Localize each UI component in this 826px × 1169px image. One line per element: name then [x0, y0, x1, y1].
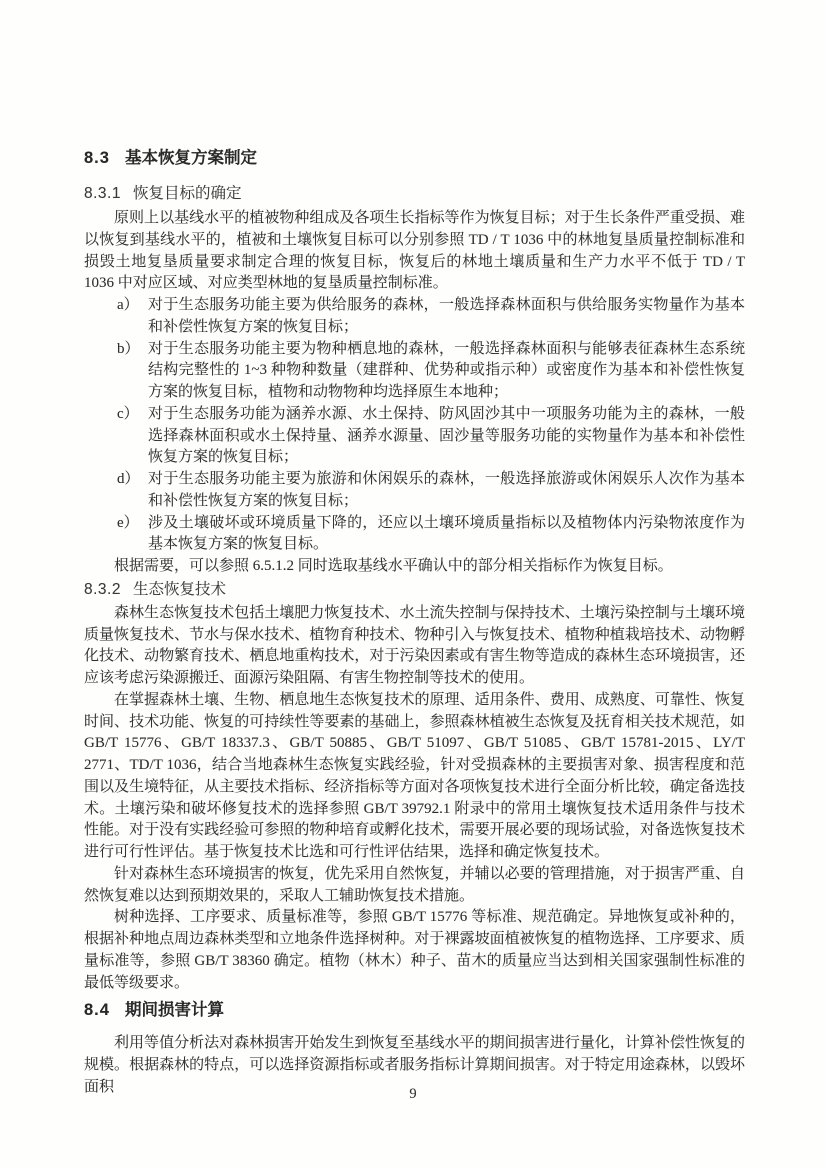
page-content: 8.3基本恢复方案制定 8.3.1恢复目标的确定 原则上以基线水平的植被物种组成…: [84, 148, 745, 1099]
subsection-number: 8.3.1: [84, 184, 121, 204]
section-number: 8.4: [84, 1000, 110, 1020]
list-marker: a）: [117, 295, 139, 317]
list-marker: c）: [117, 404, 139, 426]
paragraph-tree-species-selection: 树种选择、工序要求、质量标准等，参照 GB/T 15776 等标准、规范确定。异…: [84, 907, 745, 994]
list-marker: e）: [117, 513, 139, 535]
document-page: 8.3基本恢复方案制定 8.3.1恢复目标的确定 原则上以基线水平的植被物种组成…: [0, 0, 826, 1169]
lettered-list: a）对于生态服务功能主要为供给服务的森林，一般选择森林面积与供给服务实物量作为基…: [84, 295, 745, 556]
subsection-heading-8-3-2: 8.3.2生态恢复技术: [84, 580, 745, 600]
subsection-number: 8.3.2: [84, 580, 121, 600]
paragraph-baseline-note: 根据需要，可以参照 6.5.1.2 同时选取基线水平确认中的部分相关指标作为恢复…: [84, 556, 745, 578]
list-item-text: 对于生态服务功能为涵养水源、水土保持、防风固沙其中一项服务功能为主的森林，一般选…: [148, 406, 745, 466]
section-title: 期间损害计算: [125, 1001, 224, 1019]
list-item-d: d）对于生态服务功能主要为旅游和休闲娱乐的森林，一般选择旅游或休闲娱乐人次作为基…: [84, 469, 745, 513]
list-item-a: a）对于生态服务功能主要为供给服务的森林，一般选择森林面积与供给服务实物量作为基…: [84, 295, 745, 339]
paragraph-technique-selection: 在掌握森林土壤、生物、栖息地生态恢复技术的原理、适用条件、费用、成熟度、可靠性、…: [84, 690, 745, 864]
list-item-text: 对于生态服务功能主要为供给服务的森林，一般选择森林面积与供给服务实物量作为基本和…: [148, 297, 745, 335]
list-item-c: c）对于生态服务功能为涵养水源、水土保持、防风固沙其中一项服务功能为主的森林，一…: [84, 404, 745, 469]
subsection-title: 恢复目标的确定: [133, 185, 242, 202]
list-marker: b）: [117, 339, 140, 361]
list-marker: d）: [117, 469, 140, 491]
section-heading-8-4: 8.4期间损害计算: [84, 1000, 745, 1020]
list-item-text: 对于生态服务功能主要为物种栖息地的森林，一般选择森林面积与能够表征森林生态系统结…: [148, 341, 745, 401]
section-heading-8-3: 8.3基本恢复方案制定: [84, 148, 745, 168]
section-number: 8.3: [84, 148, 110, 168]
list-item-text: 涉及土壤破坏或环境质量下降的，还应以土壤环境质量指标以及植物体内污染物浓度作为基…: [148, 515, 745, 553]
list-item-text: 对于生态服务功能主要为旅游和休闲娱乐的森林，一般选择旅游或休闲娱乐人次作为基本和…: [148, 471, 745, 509]
section-title: 基本恢复方案制定: [125, 149, 257, 167]
paragraph-restoration-goal-intro: 原则上以基线水平的植被物种组成及各项生长指标等作为恢复目标；对于生长条件严重受损…: [84, 208, 745, 295]
paragraph-natural-restoration: 针对森林生态环境损害的恢复，优先采用自然恢复，并辅以必要的管理措施，对于损害严重…: [84, 864, 745, 908]
subsection-title: 生态恢复技术: [133, 581, 226, 598]
subsection-heading-8-3-1: 8.3.1恢复目标的确定: [84, 184, 745, 204]
page-number: 9: [0, 1086, 826, 1103]
list-item-e: e）涉及土壤破坏或环境质量下降的，还应以土壤环境质量指标以及植物体内污染物浓度作…: [84, 513, 745, 557]
paragraph-restoration-techniques: 森林生态恢复技术包括土壤肥力恢复技术、水土流失控制与保持技术、土壤污染控制与土壤…: [84, 603, 745, 690]
list-item-b: b）对于生态服务功能主要为物种栖息地的森林，一般选择森林面积与能够表征森林生态系…: [84, 339, 745, 404]
